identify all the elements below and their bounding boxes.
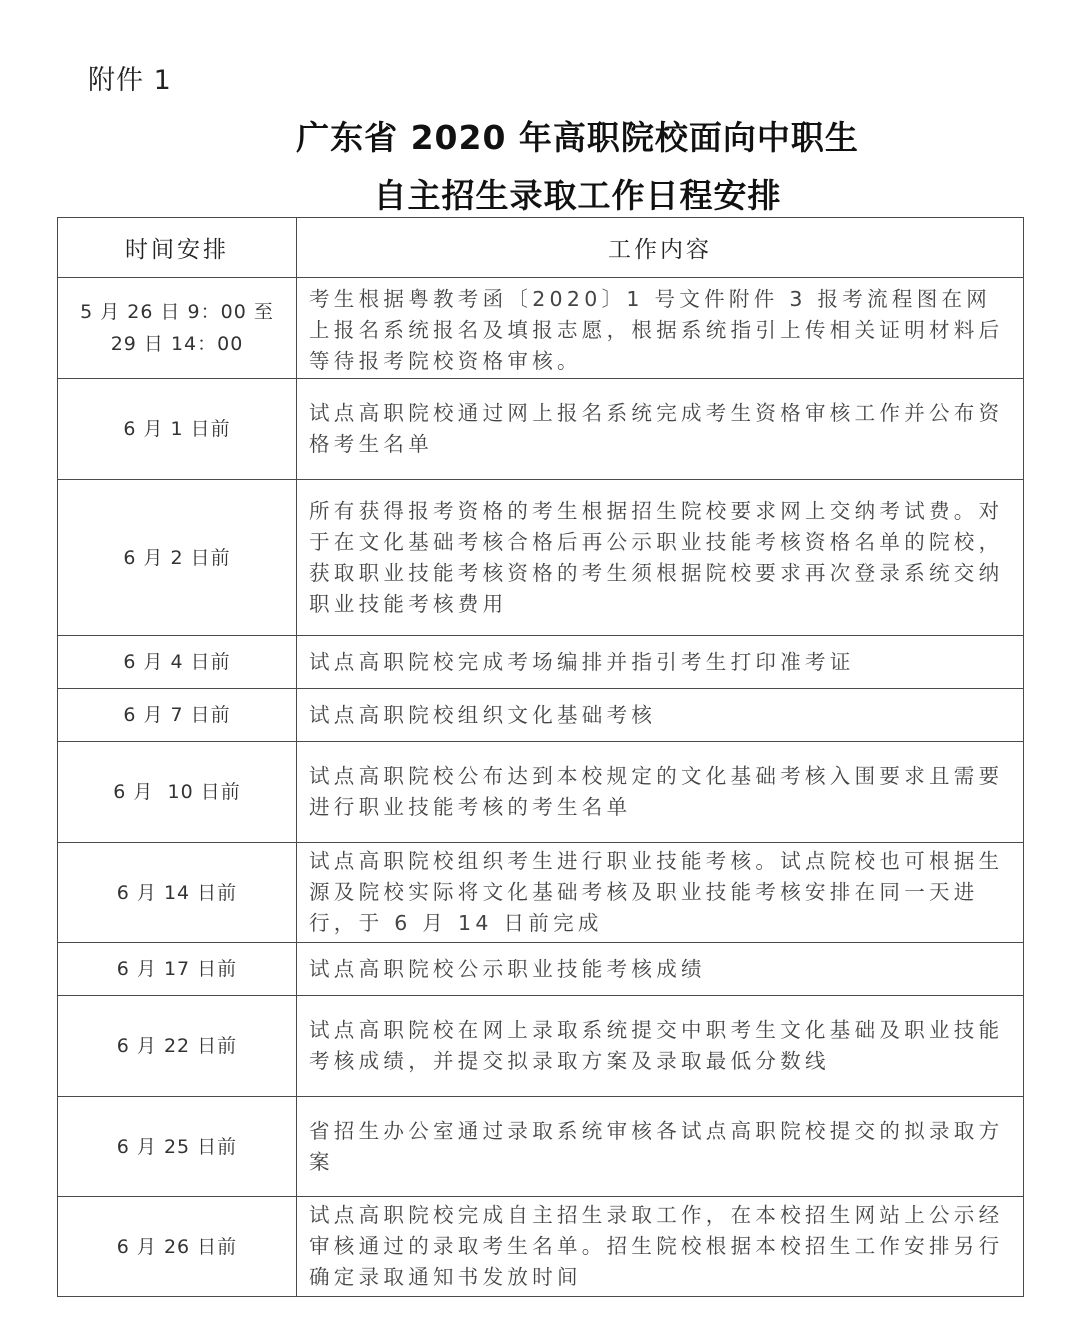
row-time: 6 月 22 日前 [58,996,297,1097]
table-row: 6 月 22 日前 试点高职院校在网上录取系统提交中职考生文化基础及职业技能考核… [58,996,1024,1097]
row-time: 6 月 1 日前 [58,379,297,480]
row-content: 试点高职院校公示职业技能考核成绩 [297,943,1024,996]
document-title-line-1: 广东省 2020 年高职院校面向中职生 [38,112,1079,159]
table-row: 6 月 10 日前 试点高职院校公布达到本校规定的文化基础考核入围要求且需要进行… [58,742,1024,843]
document-title-line-2: 自主招生录取工作日程安排 [38,170,1079,217]
row-content: 试点高职院校完成自主招生录取工作，在本校招生网站上公示经审核通过的录取考生名单。… [297,1197,1024,1297]
table-row: 6 月 25 日前 省招生办公室通过录取系统审核各试点高职院校提交的拟录取方案 [58,1097,1024,1197]
row-time: 5 月 26 日 9：00 至 29 日 14：00 [58,278,297,379]
row-content: 试点高职院校公布达到本校规定的文化基础考核入围要求且需要进行职业技能考核的考生名… [297,742,1024,843]
table-row: 5 月 26 日 9：00 至 29 日 14：00 考生根据粤教考函〔2020… [58,278,1024,379]
table-header-row: 时间安排 工作内容 [58,218,1024,278]
row-time: 6 月 7 日前 [58,689,297,742]
table-row: 6 月 17 日前 试点高职院校公示职业技能考核成绩 [58,943,1024,996]
row-content: 试点高职院校在网上录取系统提交中职考生文化基础及职业技能考核成绩，并提交拟录取方… [297,996,1024,1097]
attachment-label: 附件 1 [88,58,172,97]
row-content: 试点高职院校组织考生进行职业技能考核。试点院校也可根据生源及院校实际将文化基础考… [297,843,1024,943]
row-content: 所有获得报考资格的考生根据招生院校要求网上交纳考试费。对于在文化基础考核合格后再… [297,480,1024,636]
row-content: 考生根据粤教考函〔2020〕1 号文件附件 3 报考流程图在网上报名系统报名及填… [297,278,1024,379]
schedule-table: 时间安排 工作内容 5 月 26 日 9：00 至 29 日 14：00 考生根… [57,217,1024,1297]
row-content: 省招生办公室通过录取系统审核各试点高职院校提交的拟录取方案 [297,1097,1024,1197]
row-content: 试点高职院校组织文化基础考核 [297,689,1024,742]
table-row: 6 月 26 日前 试点高职院校完成自主招生录取工作，在本校招生网站上公示经审核… [58,1197,1024,1297]
table-row: 6 月 1 日前 试点高职院校通过网上报名系统完成考生资格审核工作并公布资格考生… [58,379,1024,480]
table-row: 6 月 2 日前 所有获得报考资格的考生根据招生院校要求网上交纳考试费。对于在文… [58,480,1024,636]
row-time: 6 月 2 日前 [58,480,297,636]
row-content: 试点高职院校通过网上报名系统完成考生资格审核工作并公布资格考生名单 [297,379,1024,480]
row-time: 6 月 4 日前 [58,636,297,689]
header-time: 时间安排 [58,218,297,278]
row-content: 试点高职院校完成考场编排并指引考生打印准考证 [297,636,1024,689]
row-time: 6 月 14 日前 [58,843,297,943]
header-content: 工作内容 [297,218,1024,278]
table-row: 6 月 4 日前 试点高职院校完成考场编排并指引考生打印准考证 [58,636,1024,689]
row-time: 6 月 26 日前 [58,1197,297,1297]
row-time: 6 月 10 日前 [58,742,297,843]
table-row: 6 月 7 日前 试点高职院校组织文化基础考核 [58,689,1024,742]
row-time: 6 月 17 日前 [58,943,297,996]
row-time: 6 月 25 日前 [58,1097,297,1197]
table-row: 6 月 14 日前 试点高职院校组织考生进行职业技能考核。试点院校也可根据生源及… [58,843,1024,943]
